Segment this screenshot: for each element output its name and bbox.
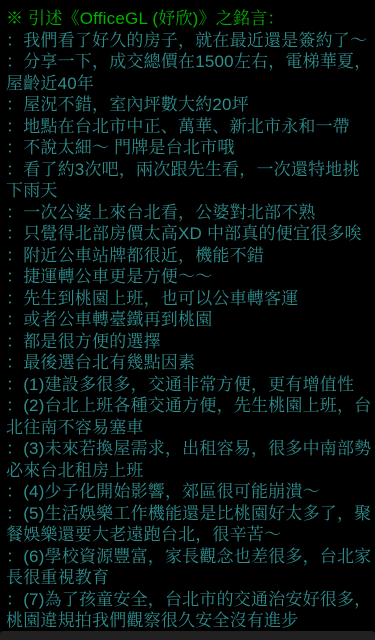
article-text-line: ：(2)台北上班各種交通方便，先生桃園上班，台 (6, 395, 373, 417)
article-text-line: 餐娛樂還要大老遠跑台北，很辛苦～ (6, 524, 373, 546)
article-text-line: ：看了約3次吧，兩次跟先生看，一次還特地挑 (6, 159, 373, 181)
article-text-line: ：地點在台北市中正、萬華、新北市永和一帶 (6, 116, 373, 138)
article-text-line: ：(5)生活娛樂工作機能還是比桃園好太多了，聚 (6, 503, 373, 525)
article-text-line: ：屋況不錯，室內坪數大約20坪 (6, 94, 373, 116)
article-text-line: ：分享一下，成交總價在1500左右，電梯華夏， (6, 51, 373, 73)
article-text-line: ：最後選台北有幾點因素 (6, 352, 373, 374)
article-text-line: 北往南不容易塞車 (6, 417, 373, 439)
article-body[interactable]: ※ 引述《OfficeGL (妤欣)》之銘言：：我們看了好久的房子，就在最近還是… (0, 0, 375, 640)
article-text-line: ：一次公婆上來台北看，公婆對北部不熟 (6, 202, 373, 224)
article-text-line: ：(7)為了孩童安全，台北市的交通治安好很多， (6, 589, 373, 611)
article-text-line: ：(6)學校資源豐富，家長觀念也差很多，台北家 (6, 546, 373, 568)
quote-header-line: ※ 引述《OfficeGL (妤欣)》之銘言： (6, 8, 373, 30)
article-text-line: ：(3)未來若換屋需求，出租容易，很多中南部勢 (6, 438, 373, 460)
article-text-line: 長很重視教育 (6, 567, 373, 589)
article-text-line: 下雨天 (6, 180, 373, 202)
bottom-banner[interactable] (0, 631, 375, 640)
article-text-line: 桃園違規拍我們觀察很久安全沒有進步 (6, 610, 373, 632)
article-text-line: ：都是很方便的選擇 (6, 331, 373, 353)
article-text-line: 屋齡近40年 (6, 73, 373, 95)
article-text-line: ：或者公車轉臺鐵再到桃園 (6, 309, 373, 331)
article-text-line: ：我們看了好久的房子，就在最近還是簽約了～ (6, 30, 373, 52)
article-text-line: ：不說太細～ 門牌是台北市哦 (6, 137, 373, 159)
article-text-line: ：附近公車站牌都很近，機能不錯 (6, 245, 373, 267)
article-text-line: ：(1)建設多很多，交通非常方便，更有增值性 (6, 374, 373, 396)
article-text-line: ：只覺得北部房價太高XD 中部真的便宜很多唉 (6, 223, 373, 245)
article-text-line: ：(4)少子化開始影響，郊區很可能崩潰～ (6, 481, 373, 503)
article-text-line: 必來台北租房上班 (6, 460, 373, 482)
article-text-line: ：先生到桃園上班，也可以公車轉客運 (6, 288, 373, 310)
article-text-line: ：捷運轉公車更是方便～～ (6, 266, 373, 288)
